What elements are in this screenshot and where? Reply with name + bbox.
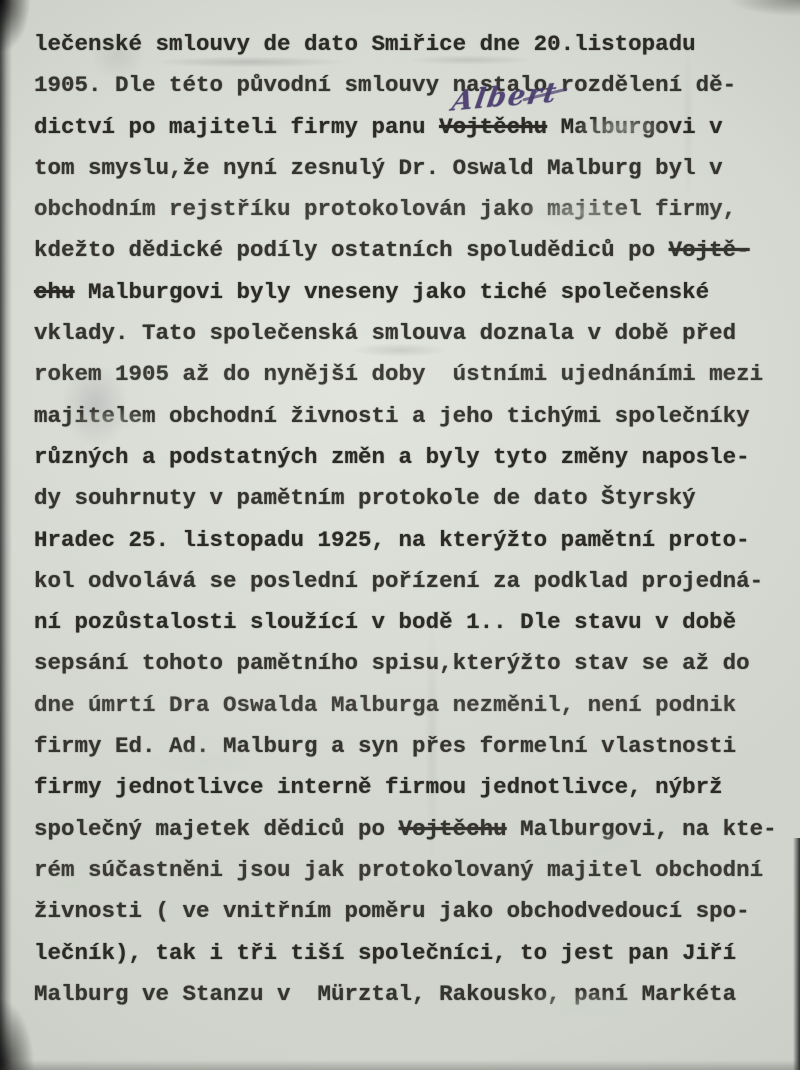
text-segment: Malburgovi, na kte- <box>507 816 777 842</box>
text-segment: vklady. Tato společenská smlouva doznala… <box>34 320 736 346</box>
text-line: firmy jednotlivce interně firmou jednotl… <box>34 767 794 808</box>
text-segment: lečenské smlouvy de dato Smiřice dne 20.… <box>34 31 696 57</box>
text-segment: lečník), tak i tři tiší společníci, to j… <box>34 940 736 966</box>
text-segment: tom smyslu,že nyní zesnulý Dr. Oswald Ma… <box>34 155 723 181</box>
text-segment: Hradec 25. listopadu 1925, na kterýžto p… <box>34 527 750 553</box>
text-segment: Malburg ve Stanzu v Mürztal, Rakousko, p… <box>34 981 736 1007</box>
text-segment: firmy Ed. Ad. Malburg a syn přes formeln… <box>34 733 736 759</box>
text-segment: firmy jednotlivce interně firmou jednotl… <box>34 774 723 800</box>
scan-bottom-edge-shadow <box>0 1060 800 1070</box>
text-line: společný majetek dědiců po Vojtěchu Malb… <box>34 809 794 850</box>
text-line: ní pozůstalosti sloužící v bodě 1.. Dle … <box>34 602 794 643</box>
text-segment: společný majetek dědiců po <box>34 816 399 842</box>
scan-top-left-corner-shadow <box>0 0 30 52</box>
text-segment: Malburgovi v <box>547 114 723 140</box>
text-segment: Malburgovi byly vneseny jako tiché spole… <box>75 279 710 305</box>
text-segment: rém súčastněni jsou jak protokolovaný ma… <box>34 857 763 883</box>
text-line: rém súčastněni jsou jak protokolovaný ma… <box>34 850 794 891</box>
struck-word: Vojtěchu <box>439 114 547 140</box>
struck-word: Vojtěchu <box>399 816 507 842</box>
text-line: vklady. Tato společenská smlouva doznala… <box>34 313 794 354</box>
scan-right-edge-line <box>793 838 800 1070</box>
scan-left-edge-shadow <box>0 0 12 1070</box>
text-segment: kol odvolává se poslední pořízení za pod… <box>34 568 763 594</box>
document-text: lečenské smlouvy de dato Smiřice dne 20.… <box>34 24 794 1015</box>
text-segment: dne úmrtí Dra Oswalda Malburga nezměnil,… <box>34 692 736 718</box>
scanned-document-page: lečenské smlouvy de dato Smiřice dne 20.… <box>0 0 800 1070</box>
scan-top-right-corner-shadow <box>730 0 800 16</box>
text-segment: dictví po majiteli firmy panu <box>34 114 439 140</box>
text-line: kdežto dědické podíly ostatních spoluděd… <box>34 230 794 271</box>
text-segment: různých a podstatných změn a byly tyto z… <box>34 444 750 470</box>
text-line: majitelem obchodní živnosti a jeho tichý… <box>34 396 794 437</box>
text-line: různých a podstatných změn a byly tyto z… <box>34 437 794 478</box>
text-segment: 1905. Dle této původní smlouvy nastalo r… <box>34 72 736 98</box>
text-line: Hradec 25. listopadu 1925, na kterýžto p… <box>34 520 794 561</box>
text-segment: sepsání tohoto pamětního spisu,kterýžto … <box>34 650 750 676</box>
text-line: lečenské smlouvy de dato Smiřice dne 20.… <box>34 24 794 65</box>
text-line: sepsání tohoto pamětního spisu,kterýžto … <box>34 643 794 684</box>
text-line: dne úmrtí Dra Oswalda Malburga nezměnil,… <box>34 685 794 726</box>
text-segment: dy souhrnuty v pamětním protokole de dat… <box>34 485 696 511</box>
text-line: chu Malburgovi byly vneseny jako tiché s… <box>34 272 794 313</box>
text-line: lečník), tak i tři tiší společníci, to j… <box>34 933 794 974</box>
struck-word: Vojtě- <box>669 237 750 263</box>
text-line: kol odvolává se poslední pořízení za pod… <box>34 561 794 602</box>
text-line: tom smyslu,že nyní zesnulý Dr. Oswald Ma… <box>34 148 794 189</box>
text-line: živnosti ( ve vnitřním poměru jako obcho… <box>34 891 794 932</box>
text-line: 1905. Dle této původní smlouvy nastalo r… <box>34 65 794 106</box>
text-segment: majitelem obchodní živnosti a jeho tichý… <box>34 403 750 429</box>
text-segment: kdežto dědické podíly ostatních spoluděd… <box>34 237 669 263</box>
text-segment: živnosti ( ve vnitřním poměru jako obcho… <box>34 898 750 924</box>
text-line: dy souhrnuty v pamětním protokole de dat… <box>34 478 794 519</box>
text-line: firmy Ed. Ad. Malburg a syn přes formeln… <box>34 726 794 767</box>
text-line: Malburg ve Stanzu v Mürztal, Rakousko, p… <box>34 974 794 1015</box>
text-line: rokem 1905 až do nynější doby ústními uj… <box>34 354 794 395</box>
text-segment: obchodním rejstříku protokolován jako ma… <box>34 196 736 222</box>
struck-word: chu <box>34 279 75 305</box>
text-segment: rokem 1905 až do nynější doby ústními uj… <box>34 361 763 387</box>
text-line: dictví po majiteli firmy panu Vojtěchu M… <box>34 107 794 148</box>
text-segment: ní pozůstalosti sloužící v bodě 1.. Dle … <box>34 609 736 635</box>
text-line: obchodním rejstříku protokolován jako ma… <box>34 189 794 230</box>
